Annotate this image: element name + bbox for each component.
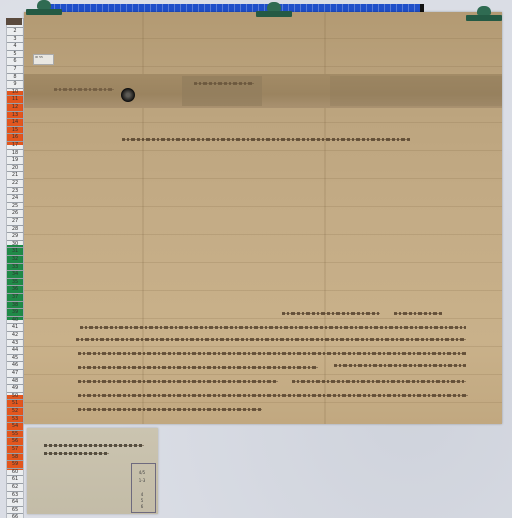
ruler-tick: 51 [7,399,23,407]
ruler-tick: 55 [7,430,23,438]
card-number: 1-3 [132,478,152,483]
script-line [54,88,114,91]
binder-clip-right [466,6,502,22]
ruler-tick: 9 [7,80,23,88]
ruler-tick: 5 [7,50,23,58]
card-script-line [44,452,109,455]
ruler-tick: 14 [7,118,23,126]
ruler-tick: 13 [7,111,23,119]
ruler-tick: 59 [7,460,23,468]
ruler-tick: 37 [7,293,23,301]
ruler-tick: 66 [7,513,23,518]
ruler-tick: 54 [7,422,23,430]
card-number: 4 [132,492,152,497]
ruler-tick: 8 [7,73,23,81]
ruler-tick: 15 [7,126,23,134]
manuscript-paper: ID 55 [24,12,502,424]
ruler-tick: 56 [7,437,23,445]
ruler-tick: 35 [7,278,23,286]
ruler-tick: 22 [7,179,23,187]
ruler-tick: 44 [7,346,23,354]
card-number: 4/5 [132,470,152,475]
ruler-tick: 65 [7,506,23,514]
ruler-tick: 38 [7,301,23,309]
ruler-tick: 48 [7,377,23,385]
ruler-tick: 53 [7,415,23,423]
ruler-tick: 57 [7,445,23,453]
left-ruler: 2345678910111213141516171819202122232425… [6,18,24,518]
ruler-tick: 4 [7,42,23,50]
ruler-tick: 63 [7,491,23,499]
card-number: 6 [132,504,152,509]
ruler-tick: 40 [7,316,23,324]
ruler-cap [6,18,22,25]
script-line [78,380,278,383]
ruler-tick: 18 [7,149,23,157]
card-number-box: 4/5 1-3 4 5 6 [131,463,156,513]
ruler-tick: 24 [7,194,23,202]
seal-icon [121,88,135,102]
ruler-tick: 58 [7,453,23,461]
dark-patch [330,76,502,106]
ruler-tick: 43 [7,339,23,347]
ruler-tick: 19 [7,156,23,164]
script-line [194,82,254,85]
ruler-tick: 36 [7,285,23,293]
ruler-tick: 32 [7,255,23,263]
ruler-tick: 41 [7,323,23,331]
script-line [78,366,318,369]
script-line [394,312,442,315]
ruler-tick: 20 [7,164,23,172]
script-line [292,380,466,383]
fold-band [24,74,502,108]
ruler-tick: 47 [7,369,23,377]
script-line [78,408,262,411]
ruler-tick: 31 [7,247,23,255]
script-line [122,138,410,141]
ruler-tick: 46 [7,361,23,369]
ruler-tick: 52 [7,407,23,415]
ruler-tick: 25 [7,202,23,210]
ruler-tick: 3 [7,35,23,43]
ruler-tick: 49 [7,384,23,392]
script-line [282,312,380,315]
ruler-tick: 61 [7,475,23,483]
ruler-tick: 45 [7,354,23,362]
ruler-tick: 62 [7,483,23,491]
script-line [78,394,468,397]
ruler-tick: 17 [7,141,23,149]
ruler-tick: 10 [7,88,23,96]
binder-clip-left [26,0,62,16]
ruler-tick: 7 [7,65,23,73]
ruler-tick: 34 [7,270,23,278]
ruler-tick: 16 [7,133,23,141]
script-line [80,326,466,329]
script-line [78,352,466,355]
ruler-tick: 33 [7,263,23,271]
ruler-tick: 42 [7,331,23,339]
ruler-tick: 29 [7,232,23,240]
ruler-tick: 64 [7,498,23,506]
ruler-tick: 21 [7,171,23,179]
script-line [334,364,466,367]
ruler-tick: 12 [7,103,23,111]
ruler-tick: 50 [7,392,23,400]
ruler-tick: 6 [7,57,23,65]
ruler-tick: 2 [7,27,23,35]
card-script-line [44,444,144,447]
ruler-tick: 39 [7,308,23,316]
ruler-tick: 26 [7,209,23,217]
card-number: 5 [132,498,152,503]
ruler-tick: 28 [7,225,23,233]
catalogue-label: ID 55 [33,54,54,65]
ruler-tick: 23 [7,187,23,195]
ruler-tick: 11 [7,95,23,103]
dark-patch [182,76,262,106]
script-line [76,338,466,341]
catalogue-card: 4/5 1-3 4 5 6 [27,428,158,514]
ruler-tick: 60 [7,468,23,476]
binder-clip-center [256,2,292,18]
ruler-tick: 27 [7,217,23,225]
ruler-tick: 30 [7,240,23,248]
